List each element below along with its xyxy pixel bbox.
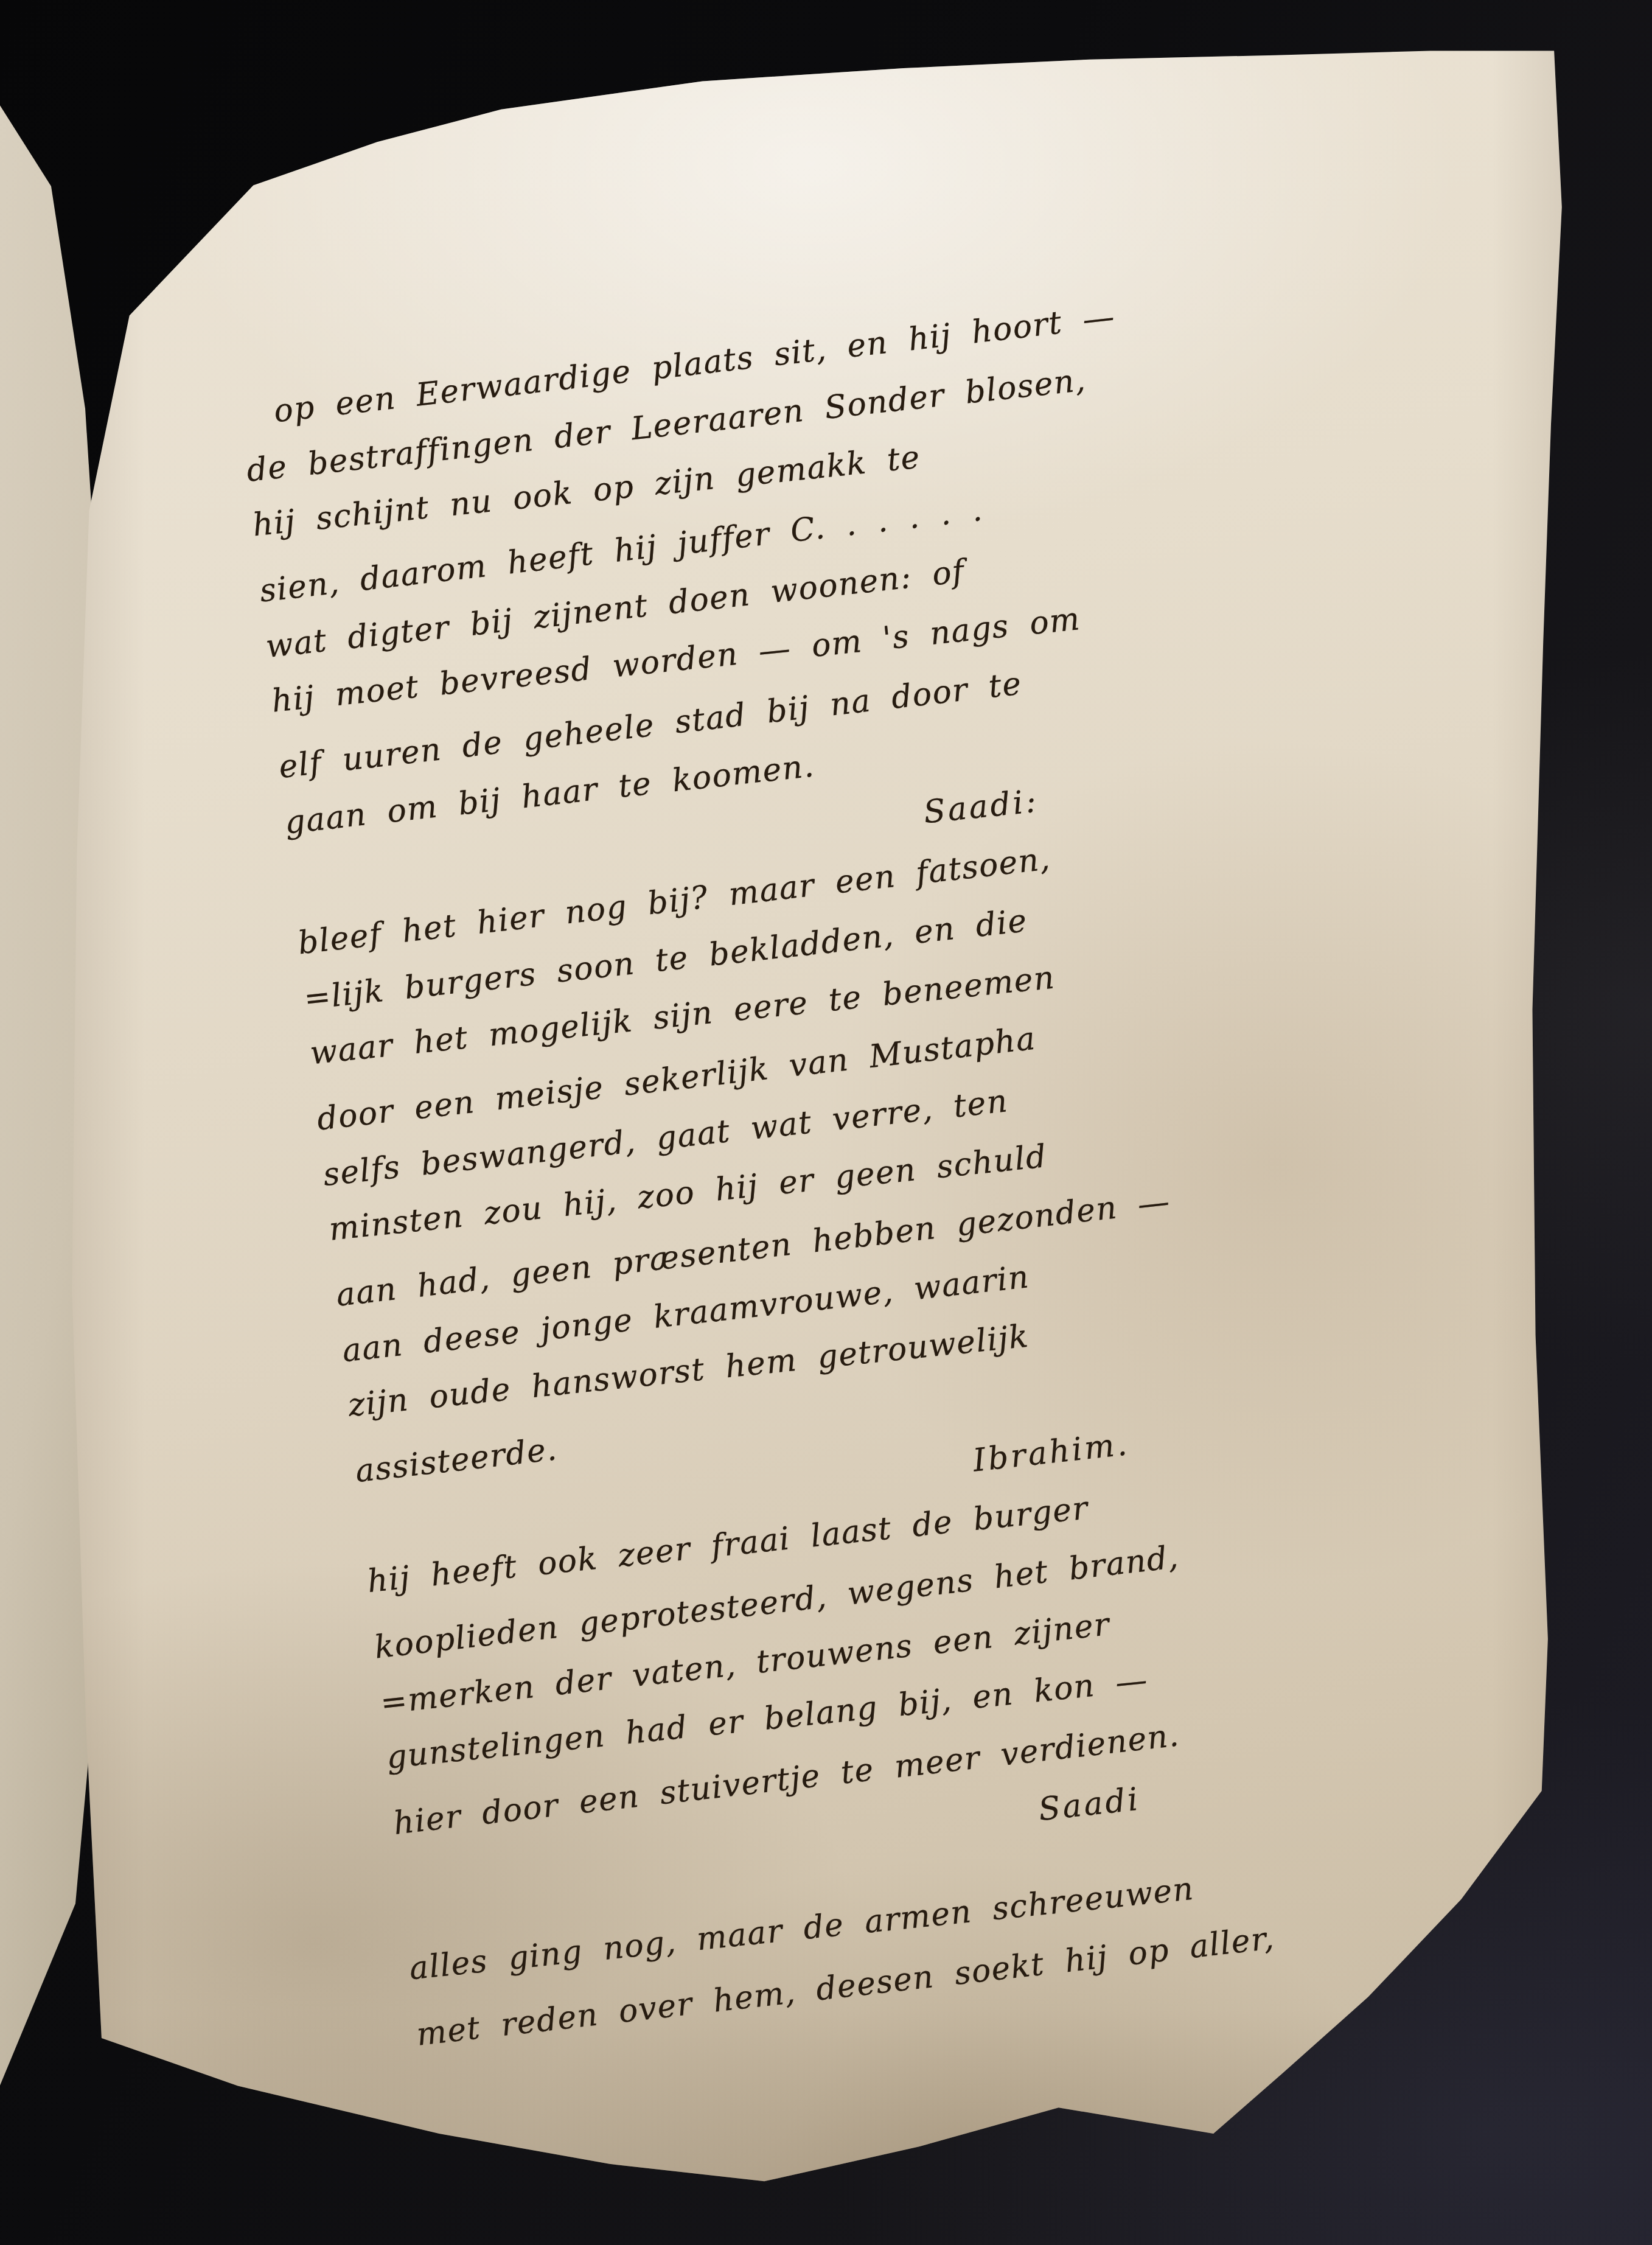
manuscript-lines: op een Eerwaardige plaats sit, en hij ho…: [237, 234, 1652, 2062]
manuscript-page: op een Eerwaardige plaats sit, en hij ho…: [37, 33, 1585, 2203]
photo-scene: { "scene": { "background_color": "#10101…: [0, 0, 1652, 2245]
manuscript-photo: op een Eerwaardige plaats sit, en hij ho…: [0, 0, 1652, 2245]
handwritten-text-block: op een Eerwaardige plaats sit, en hij ho…: [237, 234, 1652, 2080]
